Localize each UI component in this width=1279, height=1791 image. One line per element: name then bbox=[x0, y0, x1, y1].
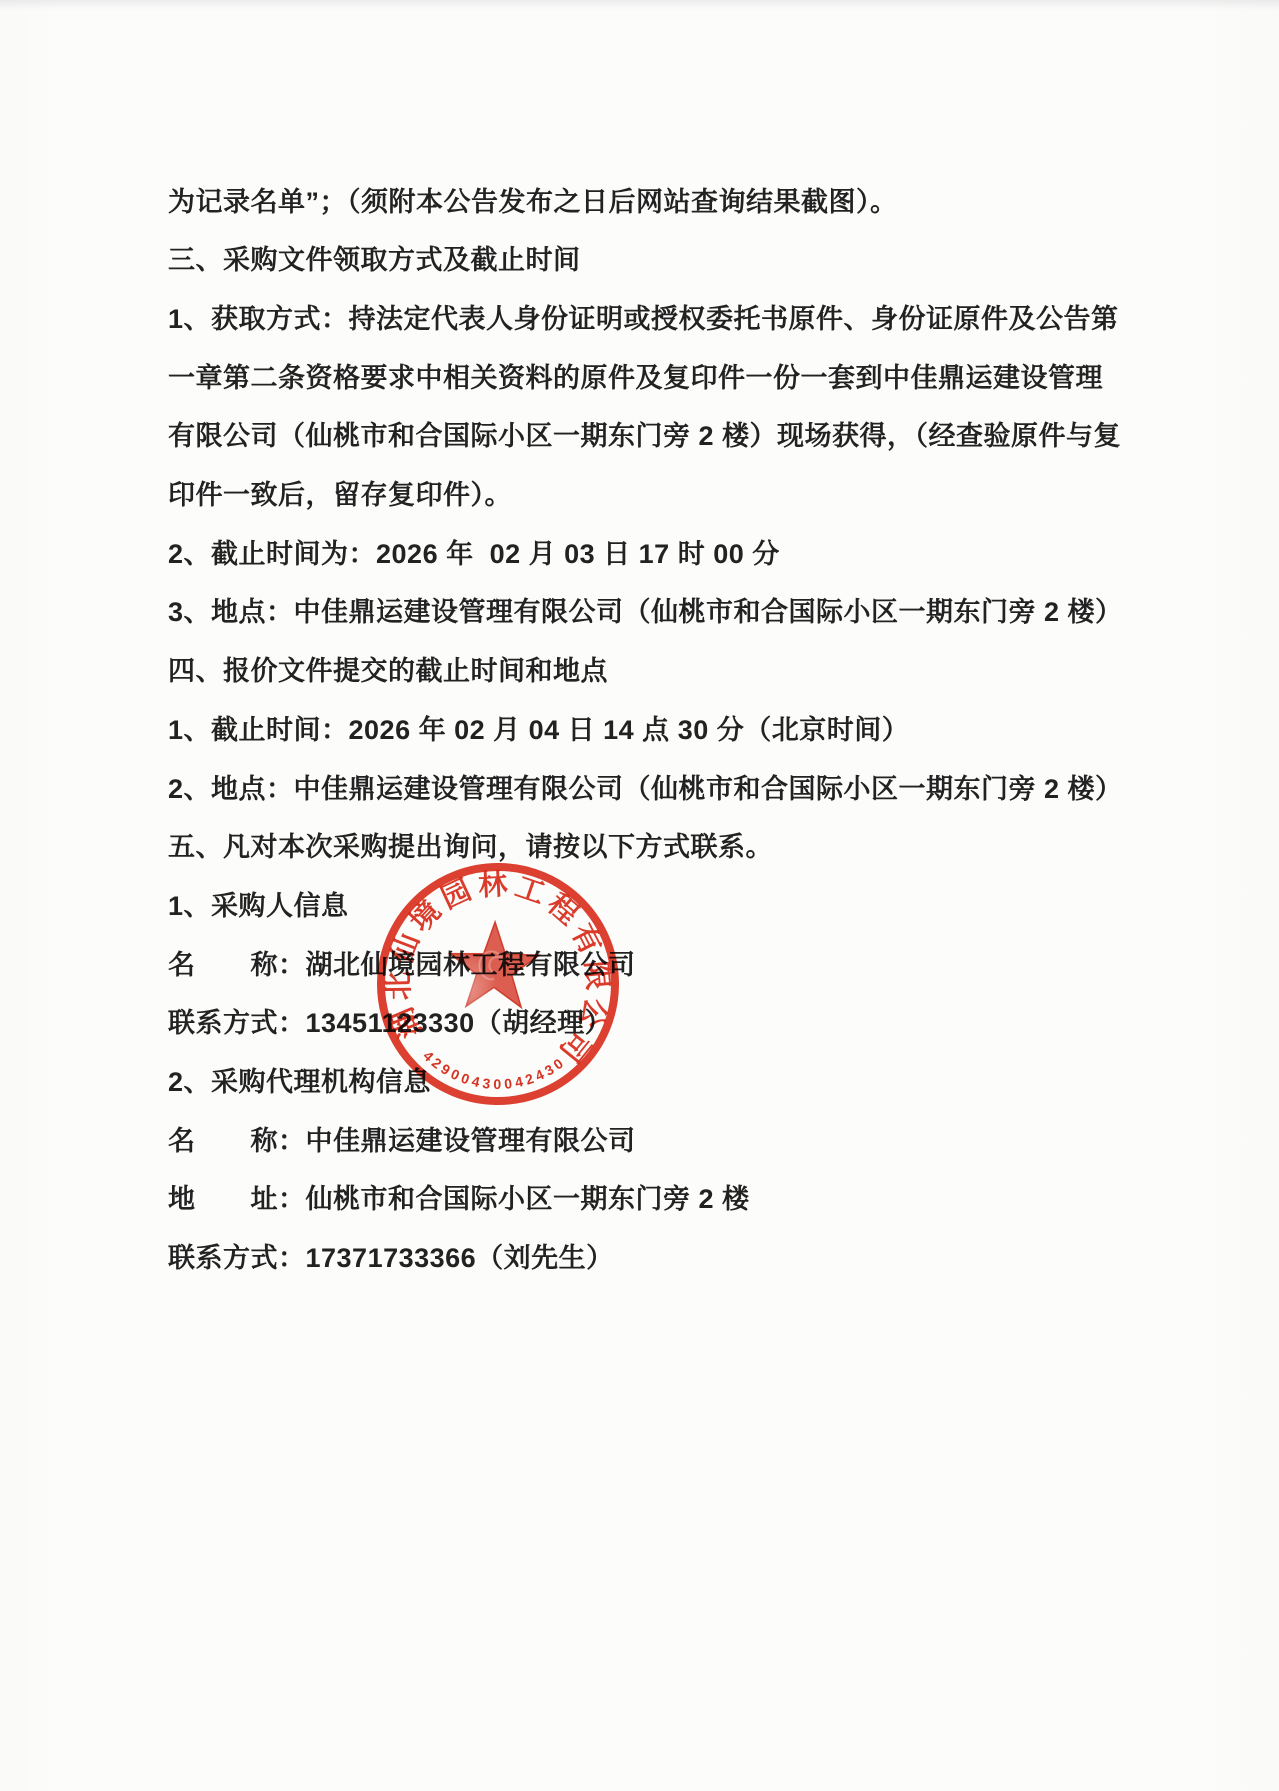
document-line: 有限公司（仙桃市和合国际小区一期东门旁 2 楼）现场获得，（经查验原件与复 bbox=[168, 420, 1121, 453]
document-line: 联系方式：17371733366（刘先生） bbox=[168, 1242, 614, 1275]
document-page: 为记录名单”；（须附本公告发布之日后网站查询结果截图）。三、采购文件领取方式及截… bbox=[0, 0, 1279, 1791]
document-line: 三、采购文件领取方式及截止时间 bbox=[168, 244, 581, 277]
seal-company-char: 林 bbox=[477, 862, 508, 904]
document-line: 1、采购人信息 bbox=[168, 890, 349, 923]
document-line: 3、地点：中佳鼎运建设管理有限公司（仙桃市和合国际小区一期东门旁 2 楼） bbox=[168, 596, 1123, 629]
seal-number-digit: 3 bbox=[482, 1075, 492, 1092]
document-line: 印件一致后，留存复印件）。 bbox=[168, 479, 512, 512]
document-line: 四、报价文件提交的截止时间和地点 bbox=[168, 655, 608, 688]
seal-number-digit: 0 bbox=[493, 1076, 501, 1092]
document-text: 为记录名单”；（须附本公告发布之日后网站查询结果截图）。三、采购文件领取方式及截… bbox=[0, 0, 1279, 1791]
document-line: 一章第二条资格要求中相关资料的原件及复印件一份一套到中佳鼎运建设管理 bbox=[168, 362, 1103, 395]
document-line: 为记录名单”；（须附本公告发布之日后网站查询结果截图）。 bbox=[168, 186, 898, 219]
document-line: 2、截止时间为：2026 年 02 月 03 日 17 时 00 分 bbox=[168, 538, 780, 571]
seal-company-char: 北 bbox=[376, 971, 418, 1001]
document-line: 2、地点：中佳鼎运建设管理有限公司（仙桃市和合国际小区一期东门旁 2 楼） bbox=[168, 773, 1123, 806]
document-line: 1、获取方式：持法定代表人身份证明或授权委托书原件、身份证原件及公告第 bbox=[168, 303, 1119, 336]
seal-number-digit: 0 bbox=[503, 1075, 512, 1092]
document-line: 地 址：仙桃市和合国际小区一期东门旁 2 楼 bbox=[168, 1183, 750, 1216]
company-seal: 湖北仙境园林工程有限公司 42900430042430 bbox=[375, 861, 621, 1107]
document-line: 名 称：中佳鼎运建设管理有限公司 bbox=[168, 1125, 636, 1158]
star-icon bbox=[443, 918, 545, 1020]
document-line: 五、凡对本次采购提出询问，请按以下方式联系。 bbox=[168, 831, 773, 864]
seal-company-char: 限 bbox=[577, 959, 620, 991]
document-line: 1、截止时间：2026 年 02 月 04 日 14 点 30 分（北京时间） bbox=[168, 714, 909, 747]
